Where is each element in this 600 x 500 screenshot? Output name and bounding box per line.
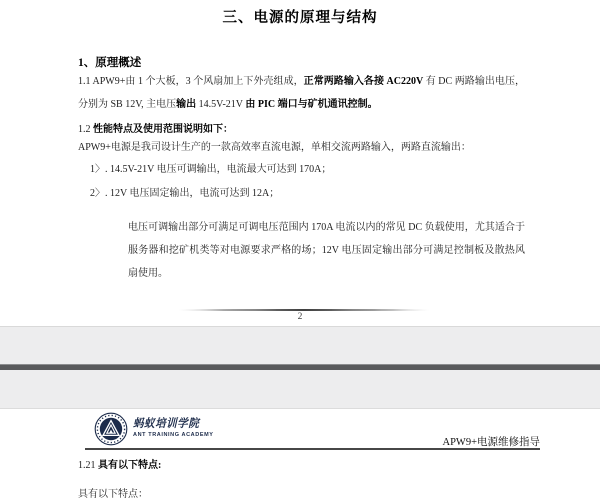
paragraph-1-2-heading: 性能特点及使用范围说明如下： xyxy=(93,124,233,135)
paragraph-1-2-number: 1.2 xyxy=(78,124,93,135)
paragraph-1-1-bold3: 由 PIC 端口与矿机通讯控制。 xyxy=(245,99,377,110)
page-gap-separator-band xyxy=(0,364,600,370)
paragraph-1-1-bold2: 输出 xyxy=(176,99,196,110)
list-item-2: 2〉. 12V 电压固定输出，电流可达到 12A； xyxy=(90,182,279,205)
paragraph-repeat: 具有以下特点： xyxy=(78,483,148,500)
document-page-3: 蚂蚁培训学院 ANT TRAINING ACADEMY APW9+电源维修指导 … xyxy=(0,408,600,500)
footer-divider-line xyxy=(178,309,430,311)
header-rule-line xyxy=(85,448,540,450)
logo-english-name: ANT TRAINING ACADEMY xyxy=(133,432,214,438)
paragraph-1-1-bold1: 正常两路输入各接 AC220V xyxy=(304,76,424,87)
paragraph-1-1: 1.1 APW9+由 1 个大板，3 个风扇加上下外壳组成，正常两路输入各接 A… xyxy=(78,70,525,116)
paragraph-intro: APW9+电源是我司设计生产的一款高效率直流电源，单相交流两路输入，两路直流输出… xyxy=(78,136,471,159)
paragraph-1-1-run3: 14.5V-21V xyxy=(196,99,245,110)
pdf-viewer: 三、电源的原理与结构 1、原理概述 1.1 APW9+由 1 个大板，3 个风扇… xyxy=(0,0,600,500)
paragraph-detail: 电压可调输出部分可满足可调电压范围内 170A 电流以内的常见 DC 负载使用，… xyxy=(128,216,525,285)
chapter-title: 三、电源的原理与结构 xyxy=(0,6,600,27)
paragraph-1-1-run1: 1.1 APW9+由 1 个大板，3 个风扇加上下外壳组成， xyxy=(78,76,304,87)
header-document-title: APW9+电源维修指导 xyxy=(442,434,540,449)
document-page-2: 三、电源的原理与结构 1、原理概述 1.1 APW9+由 1 个大板，3 个风扇… xyxy=(0,0,600,327)
paragraph-1-21-number: 1.21 xyxy=(78,460,98,471)
paragraph-1-21: 1.21 具有以下特点: xyxy=(78,454,161,477)
logo-chinese-name: 蚂蚁培训学院 xyxy=(133,415,199,431)
paragraph-1-21-heading: 具有以下特点: xyxy=(98,460,161,471)
ant-training-academy-seal-icon xyxy=(94,412,128,446)
list-item-1: 1〉. 14.5V-21V 电压可调输出，电流最大可达到 170A； xyxy=(90,158,331,181)
page-number: 2 xyxy=(0,312,600,322)
section-heading-1: 1、原理概述 xyxy=(78,54,141,70)
